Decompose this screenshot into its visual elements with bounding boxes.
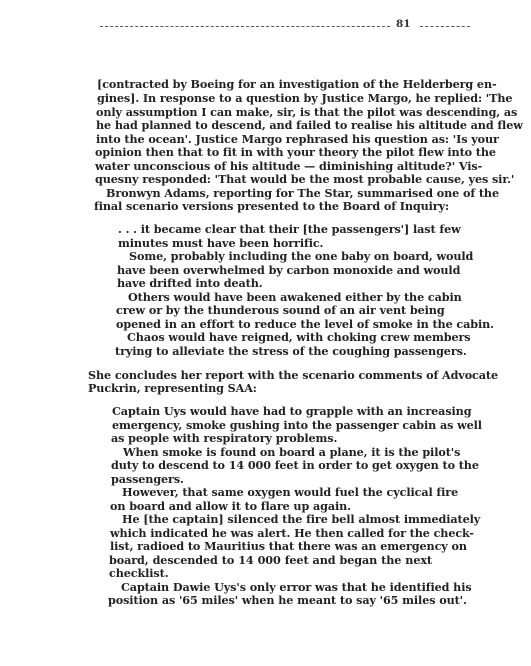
- text-line: opinion then that to fit in with your th…: [95, 146, 464, 159]
- page-number: 81: [396, 18, 411, 30]
- quote-line: However, that same oxygen would fuel the…: [122, 486, 432, 499]
- text-line: final scenario versions presented to the…: [94, 200, 449, 213]
- quote-line: list, radioed to Mauritius that there wa…: [110, 540, 432, 553]
- text-line: he had planned to descend, and failed to…: [96, 119, 465, 132]
- quote-line: position as '65 miles' when he meant to …: [108, 594, 467, 607]
- quote-line: checklist.: [109, 567, 169, 580]
- text-line: [contracted by Boeing for an investigati…: [97, 78, 465, 91]
- quote-line: . . . it became clear that their [the pa…: [118, 223, 434, 236]
- document-page: 81 [contracted by Boeing for an investig…: [0, 0, 531, 666]
- header-rule-right: [420, 26, 470, 27]
- quote-line: as people with respiratory problems.: [111, 432, 337, 445]
- page-header: 81: [100, 18, 470, 30]
- quote-line: have drifted into death.: [117, 277, 263, 290]
- quote-line: He [the captain] silenced the fire bell …: [122, 513, 432, 526]
- quote-line: crew or by the thunderous sound of an ai…: [116, 304, 434, 317]
- quote-line: Chaos would have reigned, with choking c…: [127, 331, 433, 344]
- quote-line: Some, probably including the one baby on…: [129, 250, 434, 263]
- text-line: quesny responded: 'That would be the mos…: [95, 173, 514, 186]
- header-rule-left: [100, 26, 390, 27]
- text-line: Puckrin, representing SAA:: [88, 382, 257, 395]
- quote-line: duty to descend to 14 000 feet in order …: [111, 459, 432, 472]
- quote-line: Captain Uys would have had to grapple wi…: [112, 405, 432, 418]
- quote-line: trying to alleviate the stress of the co…: [115, 345, 467, 358]
- text-line: gines]. In response to a question by Jus…: [97, 92, 465, 105]
